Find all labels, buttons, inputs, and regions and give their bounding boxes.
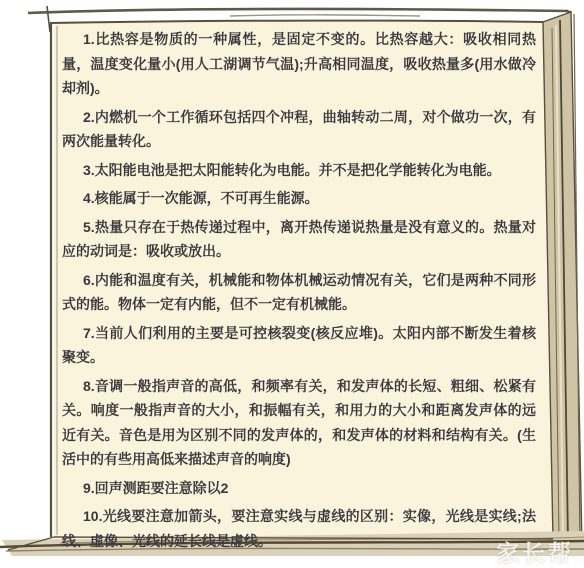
note-paragraph-3: 3.太阳能电池是把太阳能转化为电能。并不是把化学能转化为电能。 xyxy=(62,158,536,183)
note-paragraph-2: 2.内燃机一个工作循环包括四个冲程，曲轴转动二周，对个做功一次，有两次能量转化。 xyxy=(62,105,536,154)
note-paragraph-7: 7.当前人们利用的主要是可控核裂变(核反应堆)。太阳内部不断发生着核聚变。 xyxy=(62,321,536,370)
note-paragraph-10: 10.光线要注意加箭头，要注意实线与虚线的区别：实像，光线是实线;法线、虚像、光… xyxy=(62,504,536,553)
note-paragraph-9: 9.回声测距要注意除以2 xyxy=(62,476,536,501)
note-paragraph-5: 5.热量只存在于热传递过程中，离开热传递说热量是没有意义的。热量对应的动词是：吸… xyxy=(62,215,536,264)
note-paragraph-6: 6.内能和温度有关，机械能和物体机械运动情况有关，它们是两种不同形式的能。物体一… xyxy=(62,268,536,317)
watermark-tail: … xyxy=(574,545,584,565)
screenshot-root: 1.比热容是物质的一种属性，是固定不变的。比热容越大：吸收相同热量，温度变化量小… xyxy=(0,0,584,568)
note-paragraph-8: 8.音调一般指声音的高低，和频率有关，和发声体的长短、粗细、松紧有关。响度一般指… xyxy=(62,374,536,472)
notes-text-block: 1.比热容是物质的一种属性，是固定不变的。比热容越大：吸收相同热量，温度变化量小… xyxy=(62,27,536,557)
watermark: 家长帮… xyxy=(496,535,584,568)
note-paragraph-4: 4.核能属于一次能源，不可再生能源。 xyxy=(62,186,536,211)
note-paragraph-1: 1.比热容是物质的一种属性，是固定不变的。比热容越大：吸收相同热量，温度变化量小… xyxy=(62,27,536,101)
watermark-text: 家长帮 xyxy=(496,540,574,566)
